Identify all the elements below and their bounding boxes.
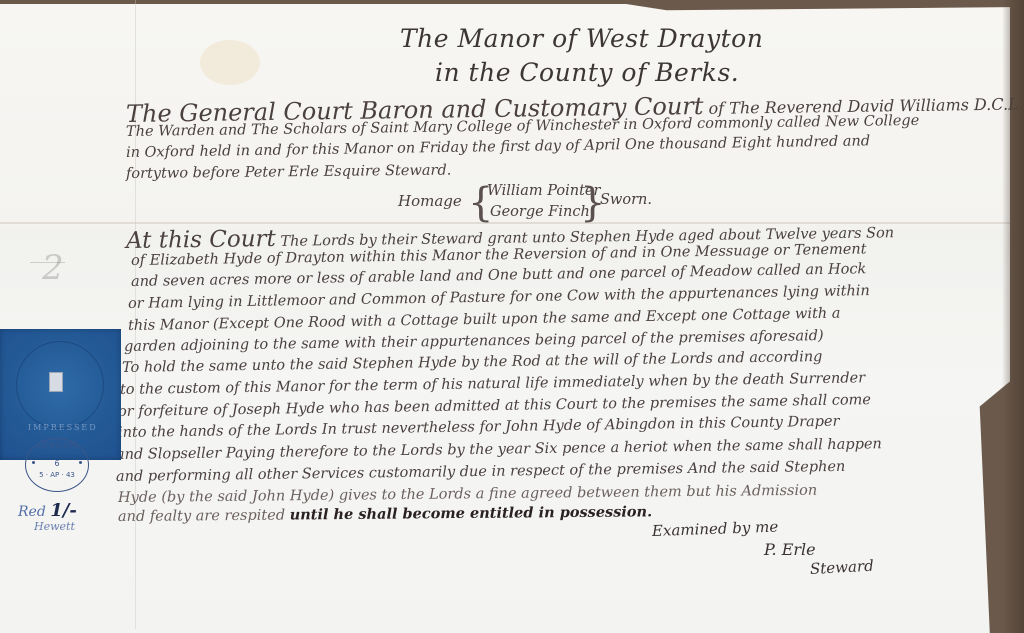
sworn-label: Sworn.	[600, 192, 652, 208]
document-title-line1: The Manor of West Drayton	[400, 24, 763, 53]
margin-note-label: Red	[18, 504, 50, 520]
signature-name: P. Erle	[764, 540, 816, 559]
folio-number: 2	[42, 248, 64, 288]
postmark-city: LONDON	[26, 441, 88, 450]
signature-title: Steward	[810, 557, 875, 578]
paper-stain	[200, 40, 260, 85]
at-this-court-heading: At this Court	[126, 226, 276, 254]
respited-text: and fealty are respited	[118, 508, 290, 525]
postmark-date: 5 · AP · 43	[26, 471, 88, 479]
document-title-line2: in the County of Berks.	[435, 58, 739, 87]
table-background-edge	[1002, 0, 1024, 633]
margin-fee-note: Red 1/-	[18, 500, 77, 521]
margin-note-name: Hewett	[34, 520, 75, 533]
postmark-number: 6	[26, 459, 88, 468]
fold-line-vertical	[135, 0, 136, 629]
possession-text: until he shall become entitled in posses…	[290, 503, 653, 523]
juror-name: George Finch	[490, 204, 590, 220]
intro-line-4: fortytwo before Peter Erle Esquire Stewa…	[126, 163, 451, 182]
stamp-text: IMPRESSED	[28, 423, 98, 432]
postmark-stamp: LONDON 6 5 · AP · 43	[25, 438, 89, 492]
stamp-tab	[49, 372, 63, 392]
margin-fee-amount: 1/-	[50, 500, 77, 521]
homage-label: Homage	[398, 192, 462, 210]
